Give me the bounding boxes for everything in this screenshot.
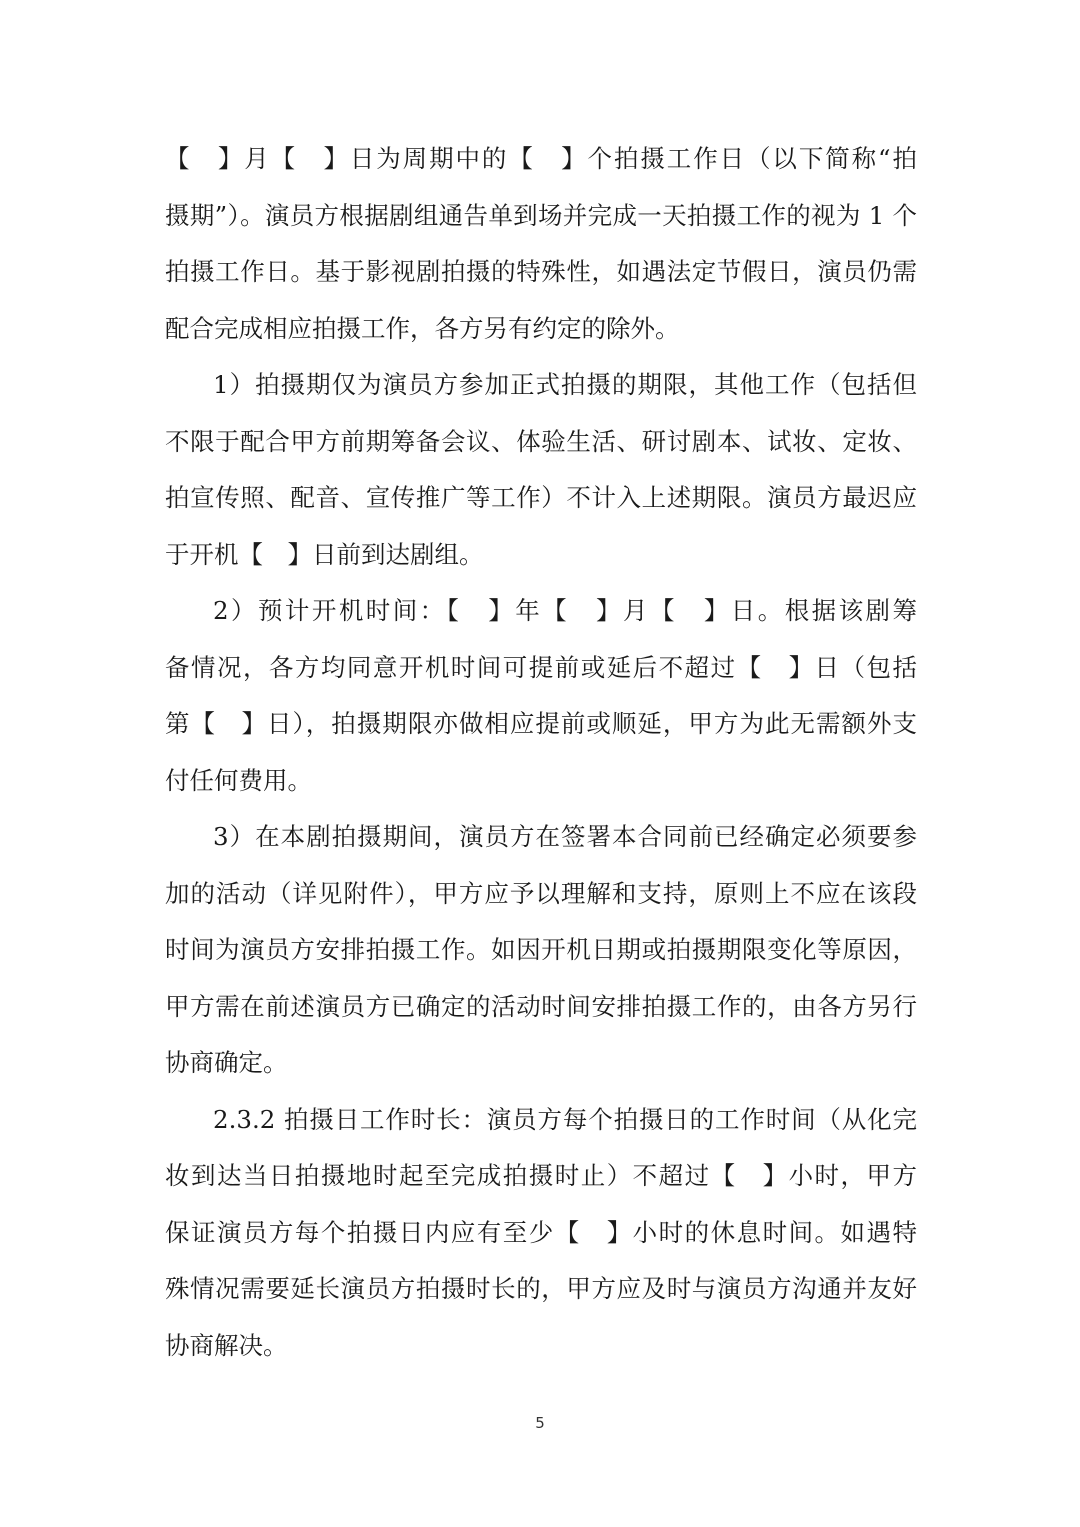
text-line: 加的活动（详见附件），甲方应予以理解和支持，原则上不应在该段 <box>165 866 917 923</box>
text-line: 甲方需在前述演员方已确定的活动时间安排拍摄工作的，由各方另行 <box>165 979 917 1036</box>
text-line: 1）拍摄期仅为演员方参加正式拍摄的期限，其他工作（包括但 <box>165 357 917 414</box>
text-line: 2.3.2 拍摄日工作时长：演员方每个拍摄日的工作时间（从化完 <box>165 1092 917 1149</box>
text-line: 协商确定。 <box>165 1035 917 1092</box>
text-line: 2）预计开机时间：【 】年【 】月【 】日。根据该剧筹 <box>165 583 917 640</box>
text-line: 殊情况需要延长演员方拍摄时长的，甲方应及时与演员方沟通并友好 <box>165 1261 917 1318</box>
page-number: 5 <box>0 1414 1080 1432</box>
text-line: 于开机【 】日前到达剧组。 <box>165 527 917 584</box>
paragraph-item-2: 2）预计开机时间：【 】年【 】月【 】日。根据该剧筹 备情况，各方均同意开机时… <box>165 583 917 809</box>
document-page: 【 】月【 】日为周期中的【 】个拍摄工作日（以下简称“拍 摄期”）。演员方根据… <box>0 0 1080 1527</box>
text-line: 付任何费用。 <box>165 753 917 810</box>
document-body: 【 】月【 】日为周期中的【 】个拍摄工作日（以下简称“拍 摄期”）。演员方根据… <box>165 131 917 1374</box>
text-line: 协商解决。 <box>165 1318 917 1375</box>
text-line: 时间为演员方安排拍摄工作。如因开机日期或拍摄期限变化等原因， <box>165 922 917 979</box>
text-line: 3）在本剧拍摄期间，演员方在签署本合同前已经确定必须要参 <box>165 809 917 866</box>
text-line: 拍摄工作日。基于影视剧拍摄的特殊性，如遇法定节假日，演员仍需 <box>165 244 917 301</box>
text-line: 妆到达当日拍摄地时起至完成拍摄时止）不超过【 】小时，甲方 <box>165 1148 917 1205</box>
paragraph-clause-2-3-2: 2.3.2 拍摄日工作时长：演员方每个拍摄日的工作时间（从化完 妆到达当日拍摄地… <box>165 1092 917 1375</box>
text-line: 【 】月【 】日为周期中的【 】个拍摄工作日（以下简称“拍 <box>165 131 917 188</box>
text-line: 拍宣传照、配音、宣传推广等工作）不计入上述期限。演员方最迟应 <box>165 470 917 527</box>
text-line: 备情况，各方均同意开机时间可提前或延后不超过【 】日（包括 <box>165 640 917 697</box>
text-line: 保证演员方每个拍摄日内应有至少【 】小时的休息时间。如遇特 <box>165 1205 917 1262</box>
text-line: 不限于配合甲方前期筹备会议、体验生活、研讨剧本、试妆、定妆、 <box>165 414 917 471</box>
paragraph-period-definition: 【 】月【 】日为周期中的【 】个拍摄工作日（以下简称“拍 摄期”）。演员方根据… <box>165 131 917 357</box>
text-line: 配合完成相应拍摄工作，各方另有约定的除外。 <box>165 301 917 358</box>
paragraph-item-3: 3）在本剧拍摄期间，演员方在签署本合同前已经确定必须要参 加的活动（详见附件），… <box>165 809 917 1092</box>
text-line: 第【 】日），拍摄期限亦做相应提前或顺延，甲方为此无需额外支 <box>165 696 917 753</box>
text-line: 摄期”）。演员方根据剧组通告单到场并完成一天拍摄工作的视为 1 个 <box>165 188 917 245</box>
paragraph-item-1: 1）拍摄期仅为演员方参加正式拍摄的期限，其他工作（包括但 不限于配合甲方前期筹备… <box>165 357 917 583</box>
